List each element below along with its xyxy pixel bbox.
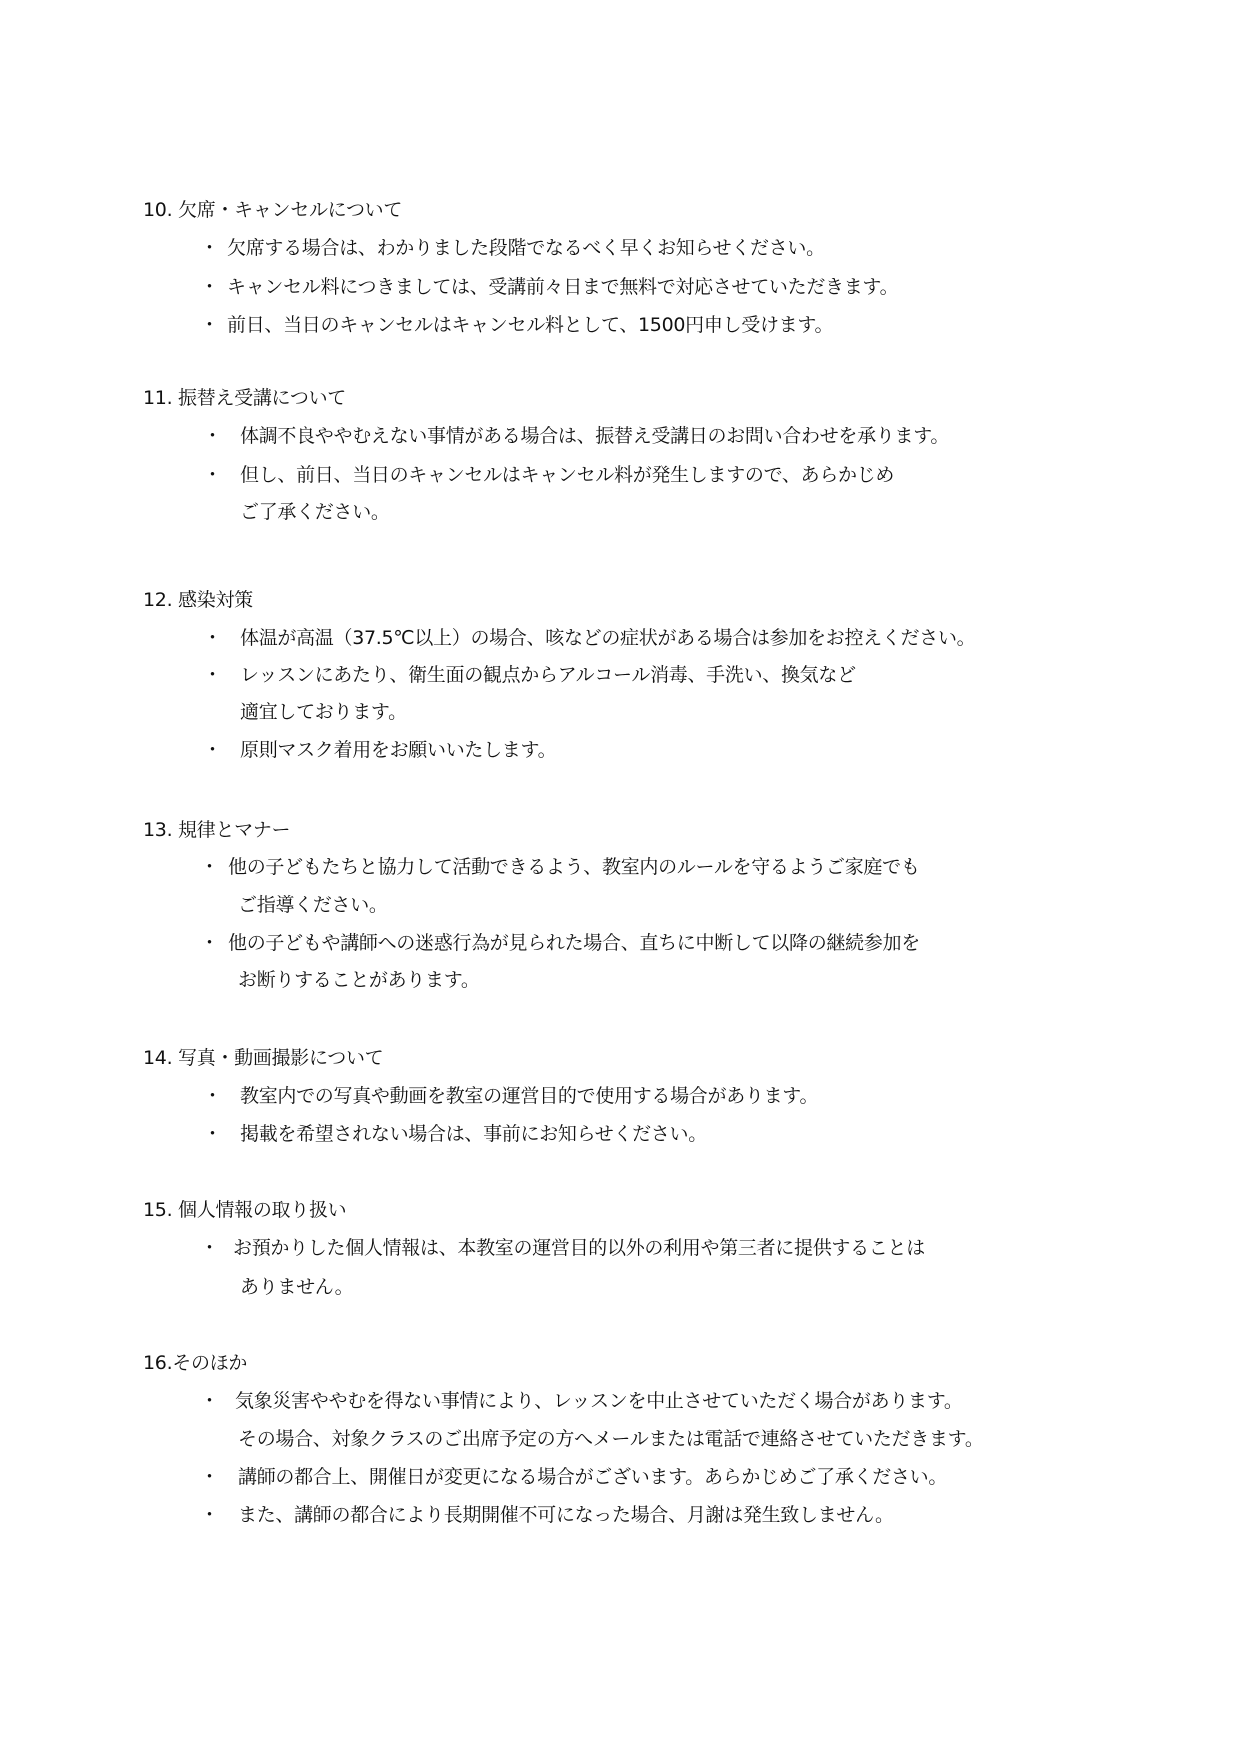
list-item: 気象災害ややむを得ない事情により、レッスンを中止させていただく場合があります。 [235,1389,963,1413]
list-item-continuation: その場合、対象クラスのご出席予定の方へメールまたは電話で連絡させていただきます。 [238,1427,984,1451]
bullet-icon: ・ [203,424,222,448]
list-item: 講師の都合上、開催日が変更になる場合がございます。あらかじめご了承ください。 [238,1465,947,1489]
list-item: お預かりした個人情報は、本教室の運営目的以外の利用や第三者に提供することは [233,1236,925,1260]
list-item-continuation: ご了承ください。 [240,500,390,524]
list-item-continuation: ご指導ください。 [238,893,388,917]
list-item-continuation: 適宜しております。 [240,700,407,724]
section-heading: 16.そのほか [143,1351,247,1375]
bullet-icon: ・ [200,236,219,260]
bullet-icon: ・ [203,463,222,487]
bullet-icon: ・ [200,1503,219,1527]
list-item: 他の子どもたちと協力して活動できるよう、教室内のルールを守るようご家庭でも [228,855,920,879]
list-item-continuation: ありません。 [240,1275,353,1299]
section-heading: 14. 写真・動画撮影について [143,1046,383,1070]
section-heading: 12. 感染対策 [143,588,253,612]
list-item: 原則マスク着用をお願いいたします。 [240,738,556,762]
list-item: 但し、前日、当日のキャンセルはキャンセル料が発生しますので、あらかじめ [240,463,894,487]
list-item: また、講師の都合により長期開催不可になった場合、月謝は発生致しません。 [238,1503,894,1527]
section-heading: 10. 欠席・キャンセルについて [143,198,402,222]
list-item: 掲載を希望されない場合は、事前にお知らせください。 [240,1122,707,1146]
bullet-icon: ・ [200,931,219,955]
list-item: 体調不良ややむえない事情がある場合は、振替え受講日のお問い合わせを承ります。 [240,424,949,448]
list-item: キャンセル料につきましては、受講前々日まで無料で対応させていただきます。 [227,275,898,299]
bullet-icon: ・ [200,1465,219,1489]
list-item: 体温が高温（37.5℃以上）の場合、咳などの症状がある場合は参加をお控えください… [240,626,975,650]
list-item: 欠席する場合は、わかりました段階でなるべく早くお知らせください。 [227,236,825,260]
list-item: 前日、当日のキャンセルはキャンセル料として、1500円申し受けます。 [227,313,833,337]
bullet-icon: ・ [203,738,222,762]
bullet-icon: ・ [200,1389,219,1413]
bullet-icon: ・ [203,663,222,687]
bullet-icon: ・ [200,1236,219,1260]
list-item: 教室内での写真や動画を教室の運営目的で使用する場合があります。 [240,1084,818,1108]
bullet-icon: ・ [200,855,219,879]
section-heading: 13. 規律とマナー [143,818,290,842]
bullet-icon: ・ [200,275,219,299]
bullet-icon: ・ [203,1122,222,1146]
bullet-icon: ・ [203,1084,222,1108]
list-item-continuation: お断りすることがあります。 [238,968,480,992]
section-heading: 11. 振替え受講について [143,386,346,410]
bullet-icon: ・ [200,313,219,337]
list-item: レッスンにあたり、衛生面の観点からアルコール消毒、手洗い、換気など [240,663,856,687]
list-item: 他の子どもや講師への迷惑行為が見られた場合、直ちに中断して以降の継続参加を [228,931,920,955]
bullet-icon: ・ [203,626,222,650]
section-heading: 15. 個人情報の取り扱い [143,1198,346,1222]
